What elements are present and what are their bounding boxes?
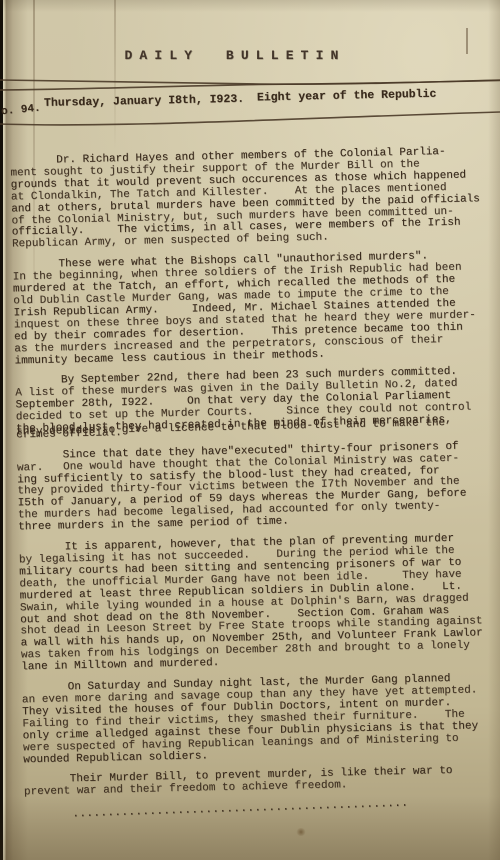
paragraph: Their Murder Bill, to prevent murder, is… [24,765,500,799]
paragraph: These were what the Bishops call "unauth… [12,250,498,368]
era-label: Eight year of the Republic [257,88,437,105]
masthead-rule-bottom [0,104,500,130]
paragraph: Since that date they have"executed" thir… [17,441,500,535]
page-title: DAILY BULLETIN [2,48,468,63]
scanned-page: DAILY BULLETIN o. 94. Thursday, January … [0,0,500,860]
body-text: Dr. Richard Hayes and other members of t… [10,146,500,821]
paragraph: On Saturday and Sunday night last, the M… [22,673,500,767]
paragraph: By September 22nd, there had been 23 suc… [15,366,500,442]
dotted-divider: ........................................… [72,796,500,822]
ink-smudge [296,828,306,836]
paragraph: Dr. Richard Hayes and other members of t… [10,146,496,252]
paragraph: It is apparent, however, that the plan o… [19,533,500,674]
